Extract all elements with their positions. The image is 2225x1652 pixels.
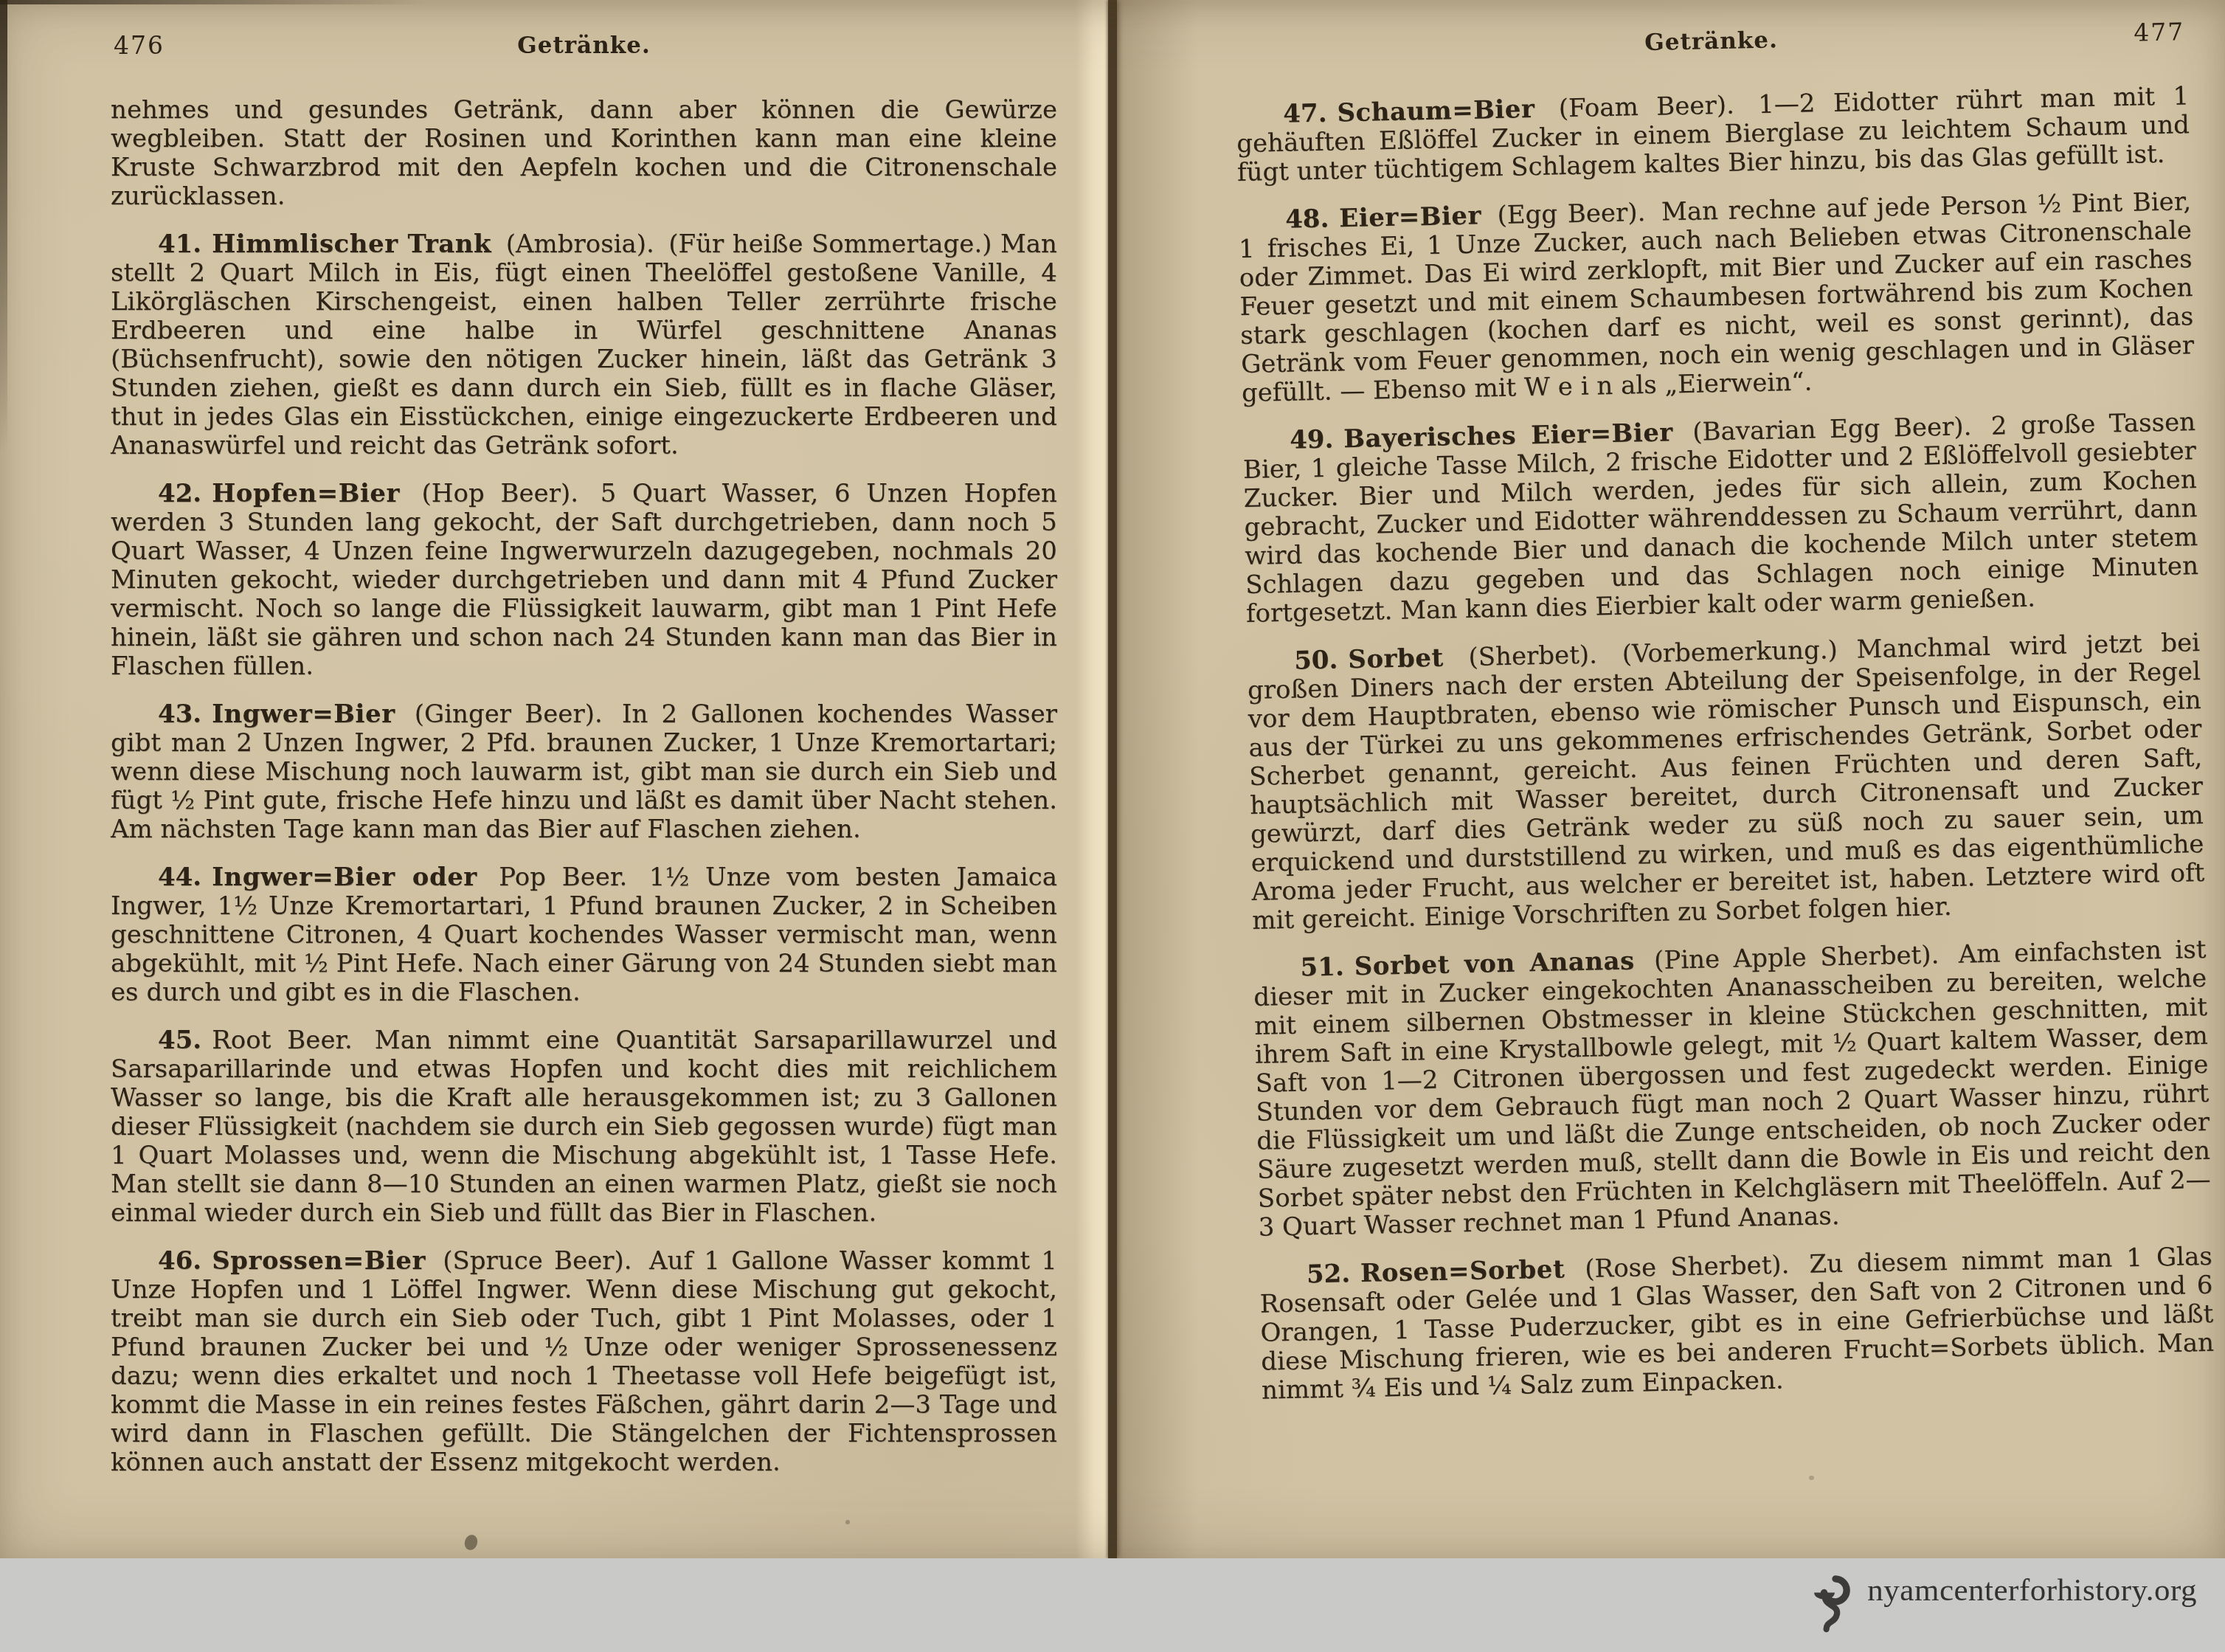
recipe-body: Auf 1 Gallone Wasser kommt 1 Unze Hopfen… [111,1246,1057,1477]
recipe-number: 44. [158,863,201,892]
recipe-title-en: (Foam Beer). [1558,91,1734,124]
recipe-44: 44.Ingwer=Bier oder Pop Beer. 1½ Unze vo… [111,863,1057,1007]
recipe-body: Am einfachsten ist dieser mit in Zucker … [1253,935,2211,1243]
recipe-number: 52. [1307,1259,1351,1289]
recipe-title-en: Root Beer. [212,1026,353,1055]
running-title-right: Getränke. [1644,27,1778,56]
recipe-47: 47.Schaum=Bier (Foam Beer). 1—2 Eidotter… [1236,82,2190,187]
recipe-number: 51. [1300,952,1344,982]
recipe-number: 42. [158,479,201,508]
recipe-title-en: (Egg Beer). [1497,198,1646,230]
ink-spot [463,1533,480,1552]
recipe-43: 43.Ingwer=Bier (Ginger Beer). In 2 Gallo… [111,700,1057,844]
recipe-51: 51.Sorbet von Ananas (Pine Apple Sherbet… [1253,936,2212,1243]
watermark-url-text: nyamcenterforhistory.org [1867,1569,2197,1613]
recipe-title-de: Hopfen=Bier [212,479,400,508]
recipe-number: 48. [1285,204,1329,235]
ink-spot [1809,1476,1814,1480]
recipe-title-de: Sorbet [1348,643,1444,675]
recipe-number: 47. [1283,99,1327,129]
page-477: Getränke. 477 47.Schaum=Bier (Foam Beer)… [1234,17,2215,1425]
recipe-50: 50.Sorbet (Sherbet). (Vorbemerkung.) Man… [1247,629,2206,936]
paragraph-body: nehmes und gesundes Getränk, dann aber k… [111,95,1057,211]
page-number-right: 477 [2134,17,2185,46]
watermark: nyamcenterforhistory.org [1813,1569,2197,1635]
recipe-title-en: (Ambrosia). [506,229,654,259]
recipe-48: 48.Eier=Bier (Egg Beer). Man rechne auf … [1238,187,2195,408]
running-head-left: 476 Getränke. [111,31,1057,66]
recipe-title-en: (Sherbet). [1468,640,1597,671]
recipe-49: 49.Bayerisches Eier=Bier (Bavarian Egg B… [1242,408,2199,629]
recipe-title-de: Sprossen=Bier [212,1246,426,1276]
recipe-title-de: Rosen=Sorbet [1360,1255,1565,1289]
recipe-41: 41.Himmlischer Trank (Ambrosia). (Für he… [111,230,1057,460]
page-gutter-highlight [1076,0,1108,1558]
running-title-left: Getränke. [517,32,650,59]
recipe-number: 49. [1290,425,1334,455]
recipe-number: 46. [158,1246,201,1276]
recipe-title-de: Ingwer=Bier oder [212,863,477,892]
recipe-number: 45. [158,1026,201,1055]
page-gutter-shadow [1117,0,1198,1558]
recipe-body: (Vorbemerkung.) Manchmal wird jetzt bei … [1248,628,2205,936]
recipe-title-de: Eier=Bier [1339,201,1481,233]
page-number-left: 476 [114,31,165,60]
recipe-title-en: (Hop Beer). [422,479,578,508]
recipe-body: 5 Quart Wasser, 6 Unzen Hopfen werden 3 … [111,479,1057,681]
ink-spot [845,1520,850,1524]
recipe-42: 42.Hopfen=Bier (Hop Beer). 5 Quart Wasse… [111,480,1057,681]
book-scan: 476 Getränke. nehmes und gesundes Geträn… [0,0,2225,1652]
recipe-title-en: Pop Beer. [499,863,627,892]
recipe-45: 45.Root Beer. Man nimmt eine Quantität S… [111,1026,1057,1228]
page-gutter [1108,0,1117,1558]
recipe-body: (Für heiße Sommertage.) Man stellt 2 Qua… [111,229,1057,460]
scan-edge-left [0,0,7,472]
scan-edge-top [0,0,428,4]
recipe-title-de: Schaum=Bier [1337,94,1535,128]
recipe-title-en: (Rose Sherbet). [1585,1250,1790,1284]
recipe-number: 43. [158,699,201,729]
recipe-number: 41. [158,229,201,259]
paragraph-continuation: nehmes und gesundes Getränk, dann aber k… [111,96,1057,211]
recipe-title-en: (Ginger Beer). [415,699,603,729]
recipe-title-de: Ingwer=Bier [212,699,395,729]
recipe-52: 52.Rosen=Sorbet (Rose Sherbet). Zu diese… [1259,1243,2215,1406]
running-head-right: Getränke. 477 [1234,17,2188,72]
bowl-of-hygieia-icon [1813,1573,1858,1635]
recipe-number: 50. [1294,646,1338,676]
recipe-title-de: Himmlischer Trank [212,229,491,259]
page-476: 476 Getränke. nehmes und gesundes Geträn… [111,31,1057,1496]
recipe-body: Man nimmt eine Quantität Sarsaparillawur… [111,1026,1057,1228]
recipe-46: 46.Sprossen=Bier (Spruce Beer). Auf 1 Ga… [111,1247,1057,1477]
watermark-band: nyamcenterforhistory.org [0,1558,2225,1652]
recipe-title-en: (Spruce Beer). [443,1246,631,1276]
